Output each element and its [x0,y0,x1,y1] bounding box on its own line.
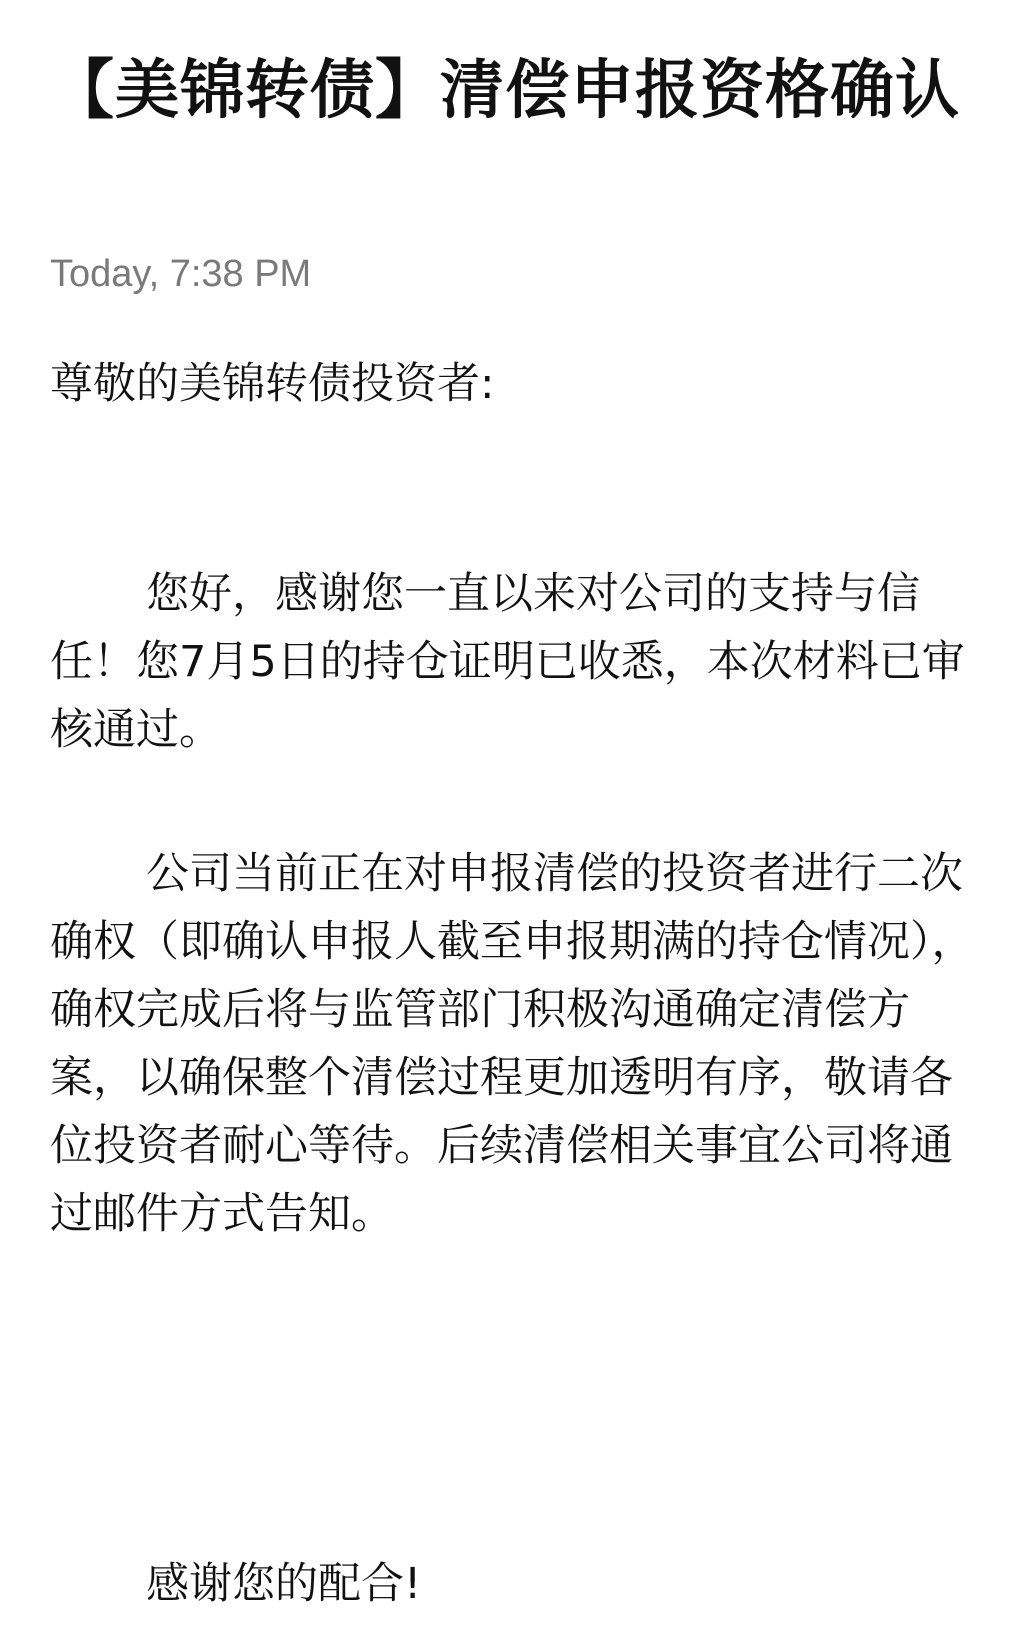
message-closing: 感谢您的配合! [146,1550,1026,1618]
message-timestamp: Today, 7:38 PM [50,250,311,298]
message-paragraph: 您好，感谢您一直以来对公司的支持与信任！您7月5日的持仓证明已收悉，本次材料已审… [50,560,980,764]
message-title: 【美锦转债】清偿申报资格确认 [50,48,1000,134]
message-paragraph: 公司当前正在对申报清偿的投资者进行二次确权（即确认申报人截至申报期满的持仓情况）… [50,840,980,1248]
message-greeting: 尊敬的美锦转债投资者: [50,350,980,418]
